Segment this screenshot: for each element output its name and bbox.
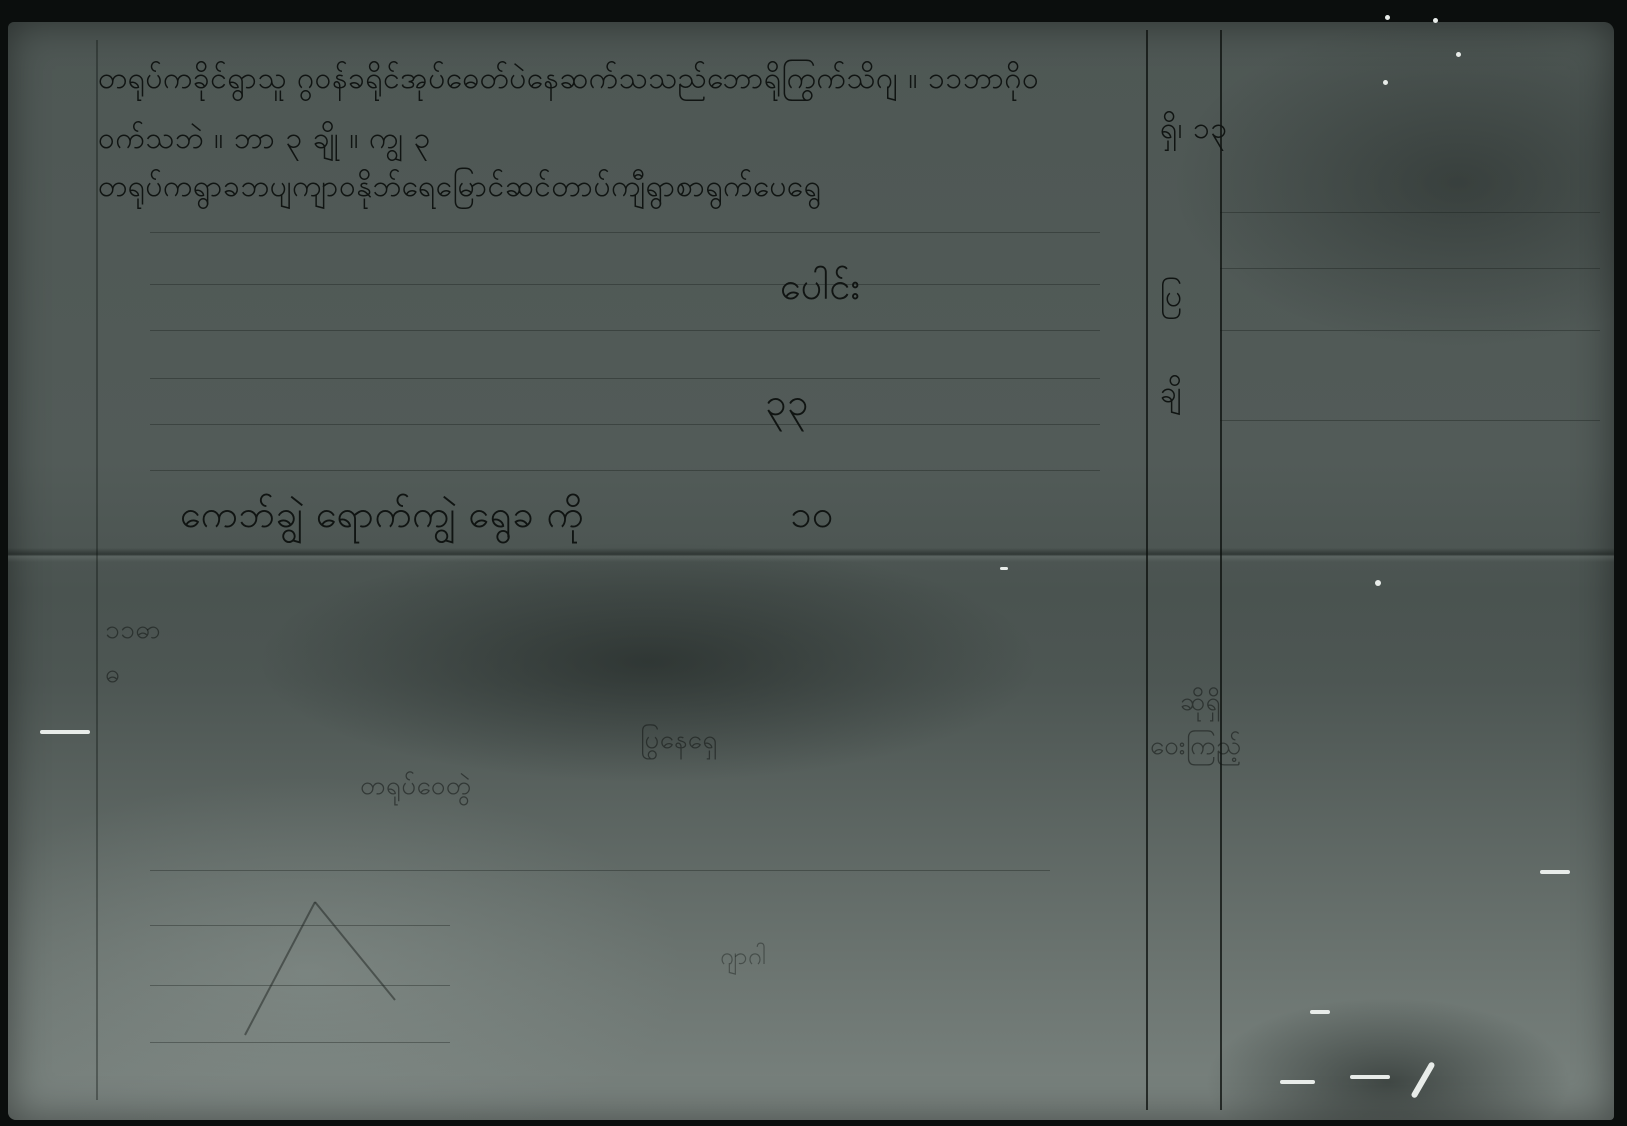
- lower-fragment: ဓ: [105, 656, 120, 695]
- ruled-line: [150, 1042, 450, 1043]
- ruled-line: [150, 378, 1100, 379]
- film-speck: [1433, 18, 1438, 23]
- ruled-line: [1220, 212, 1600, 213]
- header-line-2: ဝက်သဘဲ ။ ဘာ ၃ ချို ။ ကျွ ၃: [98, 118, 431, 163]
- film-speck: [1280, 1080, 1315, 1084]
- triangle-sketch: [220, 900, 420, 1040]
- ruled-line: [1220, 268, 1600, 269]
- ruled-line: [1220, 420, 1600, 421]
- signature-text: ကေဘ်ချွဲ ရောက်ကျွဲ ရွေခ ကို: [180, 490, 584, 546]
- margin-entry-3: ချိ: [1160, 372, 1182, 417]
- film-speck: [1540, 870, 1570, 874]
- center-line-total: ပေါင်း: [780, 262, 861, 318]
- film-speck: [1375, 580, 1381, 586]
- ruled-line: [150, 330, 1100, 331]
- ruled-line: [150, 870, 1050, 871]
- signature-number: ၁၀: [790, 490, 834, 546]
- lower-fragment: တရုပ်ဝေတွဲ: [360, 768, 472, 807]
- lower-fragment: ၁၁ဓာ: [105, 612, 161, 651]
- margin-entry-1: ရှိ၊ ၁၃: [1160, 108, 1228, 153]
- film-speck: [1385, 15, 1390, 20]
- margin-rule-right: [1220, 30, 1222, 1110]
- header-line-1: တရုပ်ကခိုင်ရွာသူ ဂွဝန်ခရိုင်အုပ်ဓေတ်ပဲနေ…: [98, 58, 1039, 103]
- fold-crease: [8, 548, 1614, 562]
- center-line-number: ၃၃: [765, 378, 809, 434]
- film-speck: [1350, 1075, 1390, 1079]
- lower-fragment: ဝေးကြည့်: [1150, 728, 1242, 767]
- margin-rule-middle: [1146, 30, 1148, 1110]
- film-speck: [1310, 1010, 1330, 1014]
- film-speck: [1456, 52, 1461, 57]
- ruled-line: [150, 284, 1100, 285]
- film-speck: [40, 730, 90, 734]
- lower-fragment: ဂျာဂါ: [720, 940, 766, 976]
- film-speck: [1000, 567, 1008, 570]
- ruled-line: [150, 232, 1100, 233]
- lower-fragment: ဆိုရှိ: [1180, 684, 1221, 723]
- ruled-line: [1220, 330, 1600, 331]
- ruled-line: [150, 424, 1100, 425]
- margin-entry-2: ပြ: [1160, 276, 1183, 321]
- lower-fragment: ပြွနေရှေ: [640, 722, 718, 761]
- header-line-3: တရုပ်ကရွာခဘပျကျာဝနိုဘ်ရေမြောင်ဆင်တာပ်ကျီ…: [98, 166, 822, 211]
- film-speck: [1383, 80, 1388, 85]
- ruled-line: [150, 470, 1100, 471]
